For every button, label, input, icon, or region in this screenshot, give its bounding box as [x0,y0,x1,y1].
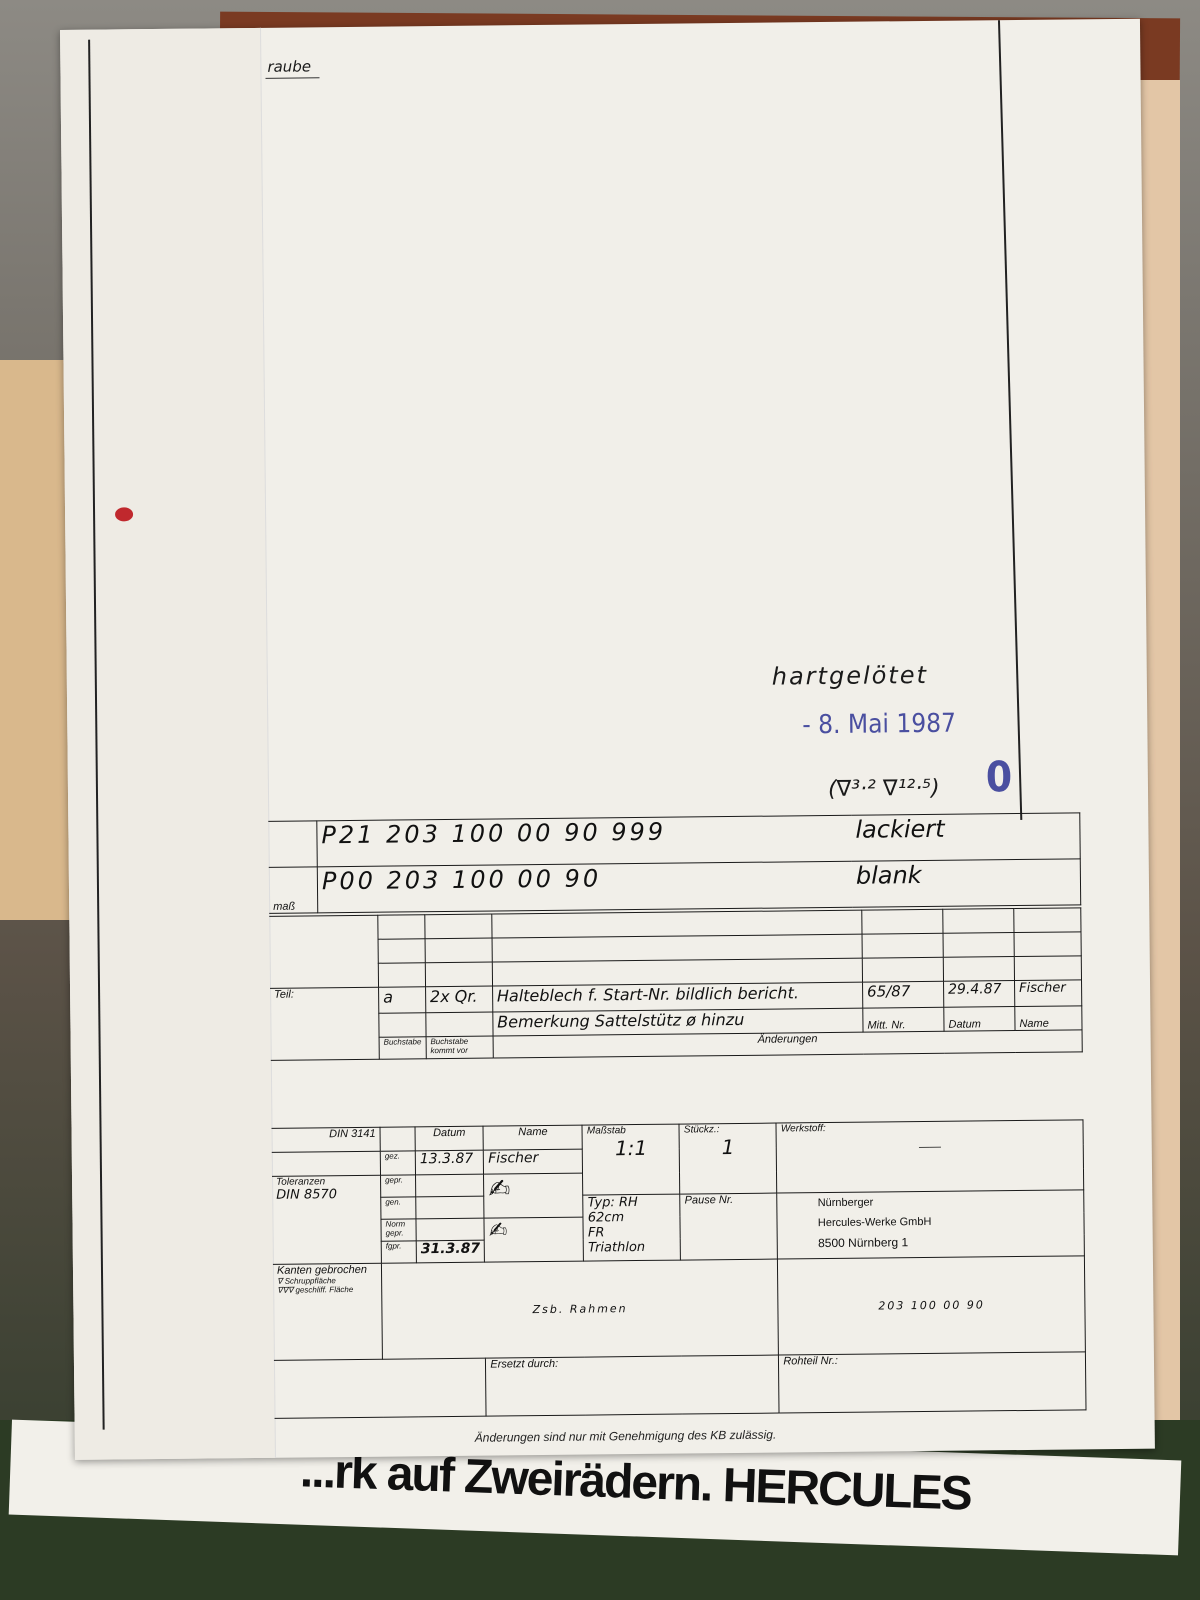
corner-note: raube [265,57,319,79]
drawing-title: Zsb. Rahmen [381,1259,778,1359]
raw-part-label: Rohteil Nr.: [779,1352,1086,1413]
material-label: Werkstoff: [781,1120,1079,1134]
drawn-label: gez. [380,1151,415,1175]
type-line1: Typ: RH 62cm [588,1195,676,1226]
edges-label: Kanten gebrochen [277,1264,377,1277]
variant-finish: lackiert [851,813,1080,861]
approval-date-header: Datum [415,1126,484,1151]
change-description: Halteblech f. Start-Nr. bildlich bericht… [492,982,862,1012]
approval-name-header: Name [483,1125,582,1150]
drawn-date: 13.3.87 [415,1150,484,1175]
name-header: Name [1015,1006,1082,1031]
mass-label: maß [269,867,318,914]
din-ref: DIN 3141 [272,1127,381,1152]
sheet-fold-flap [60,28,276,1460]
company-line2: Hercules-Werke GmbH [818,1210,1080,1233]
ground-surface-label: ∇∇∇ geschliff. Fläche [277,1285,377,1295]
letter-header: Buchstabe [379,1037,426,1059]
replaced-by-label: Ersetzt durch: [486,1355,780,1416]
final-check-date: 31.3.87 [416,1240,485,1263]
change-date: 29.4.87 [944,981,1015,1008]
final-signature: ✍ [484,1217,583,1262]
change-name: Fischer [1015,980,1082,1007]
checked-label: gepr. [381,1175,416,1197]
variant-number: P00 203 100 00 90 [317,861,852,913]
part-label: Teil: [270,987,379,1060]
variant-number: P21 203 100 00 90 999 [317,815,852,867]
quantity-value: 1 [684,1135,772,1160]
page-border-line [998,20,1022,820]
drawn-name: Fischer [484,1149,583,1174]
drawing-page: raube hartgelötet - 8. Mai 1987 0 (∇³·² … [260,19,1135,1458]
date-header: Datum [944,1007,1015,1032]
type-line3: Triathlon [588,1240,676,1256]
final-check-label: fgpr. [381,1241,416,1263]
change-letter: a [379,987,426,1013]
date-stamp: - 8. Mai 1987 [802,709,956,741]
title-block: Teil: a 2x Qr. Halteblech f. Start-Nr. b… [269,907,1082,1060]
pause-label: Pause Nr. [680,1193,778,1260]
tolerances-value: DIN 8570 [276,1187,376,1203]
letter-occurs-header: Buchstabe kommt vor [426,1036,493,1059]
drawing-number: 203 100 00 90 [778,1256,1086,1355]
flap-border-line [88,40,105,1430]
drawing-sheet: raube hartgelötet - 8. Mai 1987 0 (∇³·² … [60,19,1155,1460]
scale-value: 1:1 [587,1136,675,1161]
change-mitt-nr: 65/87 [863,981,944,1008]
revision-stamp: 0 [986,752,1013,801]
company-address: 8500 Nürnberg 1 [818,1235,908,1250]
red-punch-mark [115,507,133,521]
variant-finish: blank [852,859,1081,907]
checked-signature: ✍ [484,1173,583,1218]
material-value: —— [781,1139,1079,1154]
approved-label: gen. [381,1197,416,1219]
surface-finish-symbols: (∇³·² ∇¹²·⁵) [828,776,940,802]
part-variants-table: P21 203 100 00 90 999 lackiert maß P00 2… [268,812,1081,913]
brazed-note: hartgelötet [772,661,928,691]
change-occurs: 2x Qr. [425,986,492,1013]
company-line1: Nürnberger [818,1190,1080,1213]
approval-block: DIN 3141 Datum Name Maßstab1:1 Stückz.:1… [272,1119,1087,1418]
type-line2: FR [588,1225,676,1241]
norm-checked-label: Norm gepr. [381,1219,416,1241]
footer-note: Änderungen sind nur mit Genehmigung des … [475,1428,777,1445]
mitt-nr-header: Mitt. Nr. [863,1007,944,1032]
